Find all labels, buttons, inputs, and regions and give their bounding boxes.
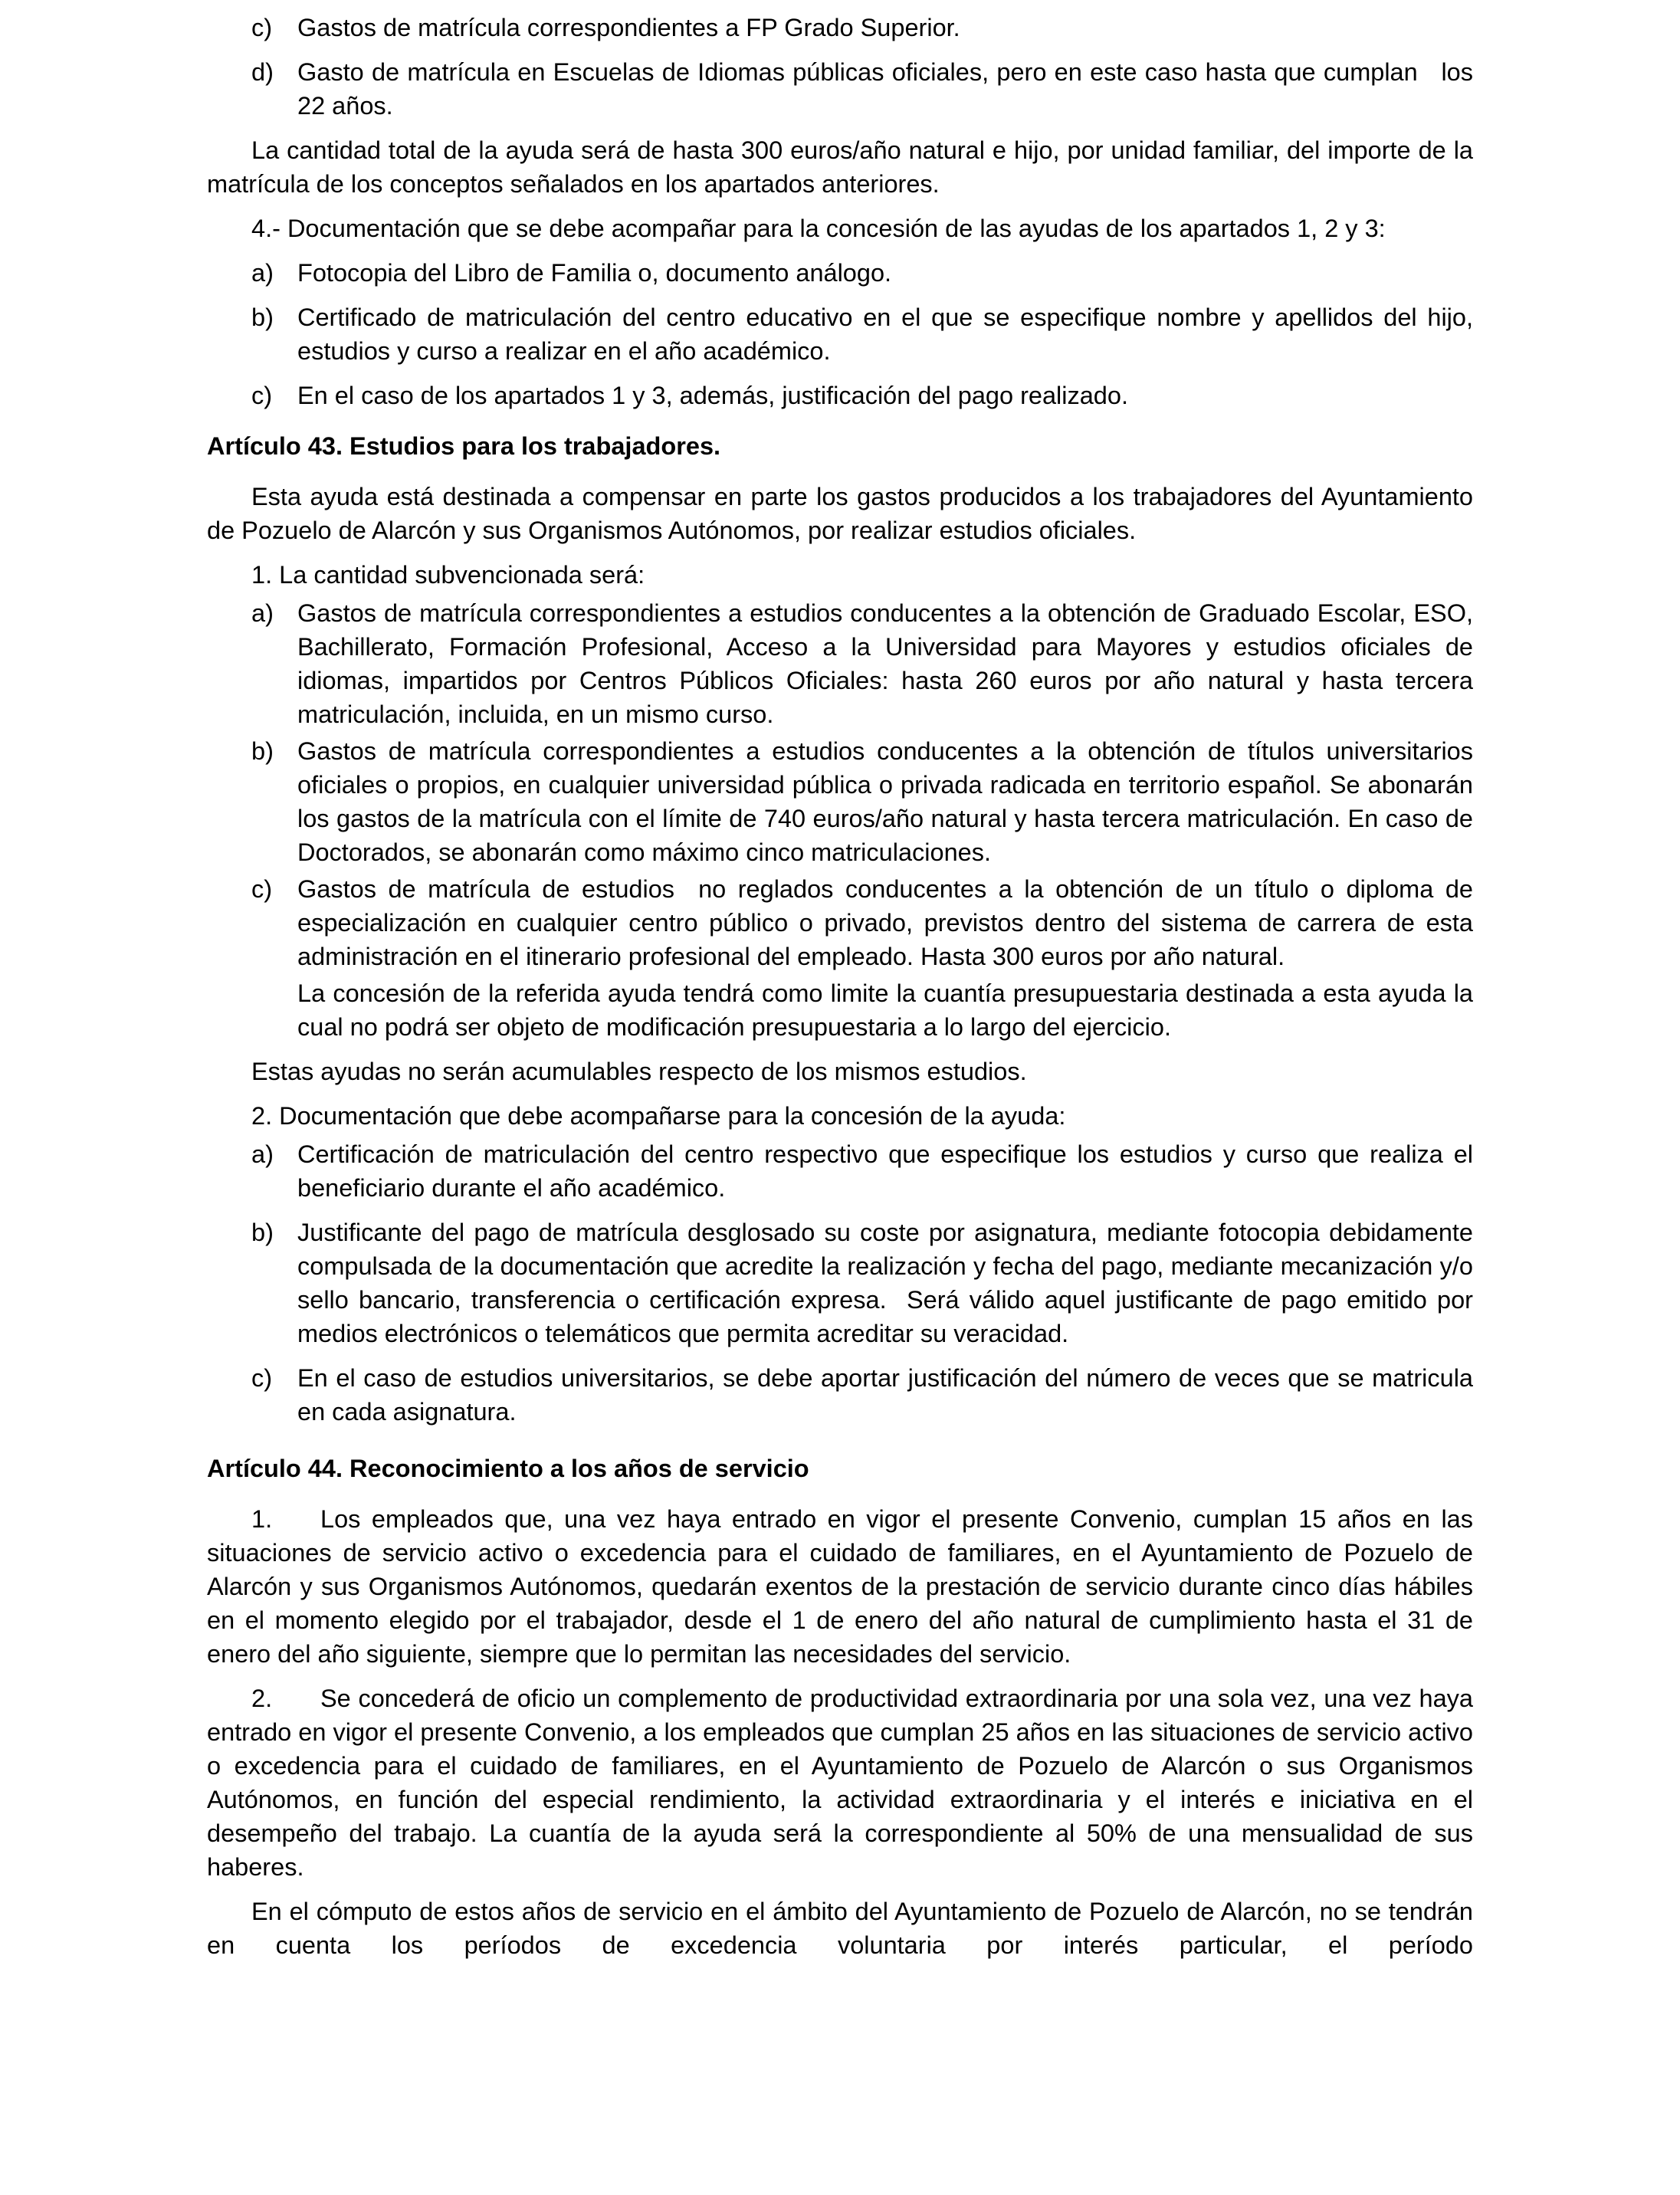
list-label: b) bbox=[251, 300, 274, 334]
list-text: Gasto de matrícula en Escuelas de Idioma… bbox=[297, 58, 1480, 120]
list-label: c) bbox=[251, 872, 272, 906]
non-cumulative-note: Estas ayudas no serán acumulables respec… bbox=[207, 1055, 1473, 1088]
list-item: b) Certificado de matriculación del cent… bbox=[207, 300, 1473, 368]
list-item: d) Gasto de matrícula en Escuelas de Idi… bbox=[207, 55, 1473, 123]
list-label: a) bbox=[251, 596, 274, 630]
budget-limit-note: La concesión de la referida ayuda tendrá… bbox=[207, 976, 1473, 1044]
list-text: Gastos de matrícula correspondientes a F… bbox=[297, 14, 960, 41]
article-43-intro: Esta ayuda está destinada a compensar en… bbox=[207, 480, 1473, 547]
list-label: b) bbox=[251, 734, 274, 768]
documentation-title: 2. Documentación que debe acompañarse pa… bbox=[207, 1099, 1473, 1133]
list-item: c) Gastos de matrícula correspondientes … bbox=[207, 11, 1473, 44]
service-years-computation: En el cómputo de estos años de servicio … bbox=[207, 1895, 1473, 1962]
paragraph-text: Los empleados que, una vez haya entrado … bbox=[207, 1505, 1473, 1668]
paragraph-text: Se concederá de oficio un complemento de… bbox=[207, 1685, 1473, 1881]
list-text: En el caso de estudios universitarios, s… bbox=[297, 1364, 1473, 1426]
paragraph-number: 2. bbox=[251, 1682, 320, 1715]
list-item: c) En el caso de los apartados 1 y 3, ad… bbox=[207, 379, 1473, 412]
document-page: c) Gastos de matrícula correspondientes … bbox=[207, 11, 1473, 1973]
documentation-intro: 4.- Documentación que se debe acompañar … bbox=[207, 212, 1473, 245]
list-text: Certificado de matriculación del centro … bbox=[297, 303, 1473, 365]
list-label: a) bbox=[251, 256, 274, 290]
total-aid-paragraph: La cantidad total de la ayuda será de ha… bbox=[207, 133, 1473, 201]
list-item: b) Justificante del pago de matrícula de… bbox=[207, 1216, 1473, 1350]
paragraph-number: 1. bbox=[251, 1502, 320, 1536]
list-label: c) bbox=[251, 1361, 272, 1395]
list-text: En el caso de los apartados 1 y 3, ademá… bbox=[297, 382, 1128, 409]
article-43-title: Artículo 43. Estudios para los trabajado… bbox=[207, 429, 1473, 463]
list-item: c) En el caso de estudios universitarios… bbox=[207, 1361, 1473, 1429]
list-item: a) Fotocopia del Libro de Familia o, doc… bbox=[207, 256, 1473, 290]
list-text: Gastos de matrícula correspondientes a e… bbox=[297, 737, 1473, 866]
list-item: b) Gastos de matrícula correspondientes … bbox=[207, 734, 1473, 869]
list-text: Certificación de matriculación del centr… bbox=[297, 1140, 1473, 1202]
list-text: Gastos de matrícula de estudios no regla… bbox=[297, 875, 1480, 970]
article-44-title: Artículo 44. Reconocimiento a los años d… bbox=[207, 1452, 1473, 1485]
list-text: Gastos de matrícula correspondientes a e… bbox=[297, 599, 1473, 728]
list-label: b) bbox=[251, 1216, 274, 1249]
list-label: a) bbox=[251, 1137, 274, 1171]
numbered-paragraph: 1.Los empleados que, una vez haya entrad… bbox=[207, 1502, 1473, 1671]
list-item: c) Gastos de matrícula de estudios no re… bbox=[207, 872, 1473, 973]
list-label: c) bbox=[251, 11, 272, 44]
list-text: Fotocopia del Libro de Familia o, docume… bbox=[297, 259, 891, 287]
numbered-paragraph: 2.Se concederá de oficio un complemento … bbox=[207, 1682, 1473, 1884]
subsidy-amount-title: 1. La cantidad subvencionada será: bbox=[207, 558, 1473, 592]
list-label: d) bbox=[251, 55, 274, 89]
list-item: a) Gastos de matrícula correspondientes … bbox=[207, 596, 1473, 731]
list-item: a) Certificación de matriculación del ce… bbox=[207, 1137, 1473, 1205]
list-label: c) bbox=[251, 379, 272, 412]
list-text: Justificante del pago de matrícula desgl… bbox=[297, 1219, 1480, 1347]
